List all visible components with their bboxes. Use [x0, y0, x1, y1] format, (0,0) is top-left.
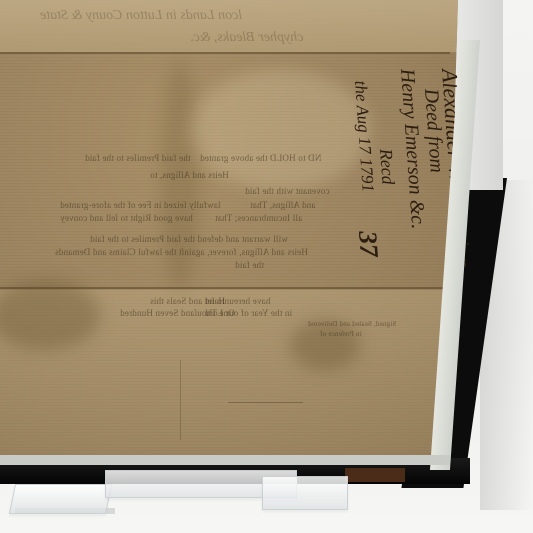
printed-line: all Incumbrances; That [215, 213, 302, 223]
fold-crease [0, 52, 450, 54]
printed-line: have good Right to ſell and convey [60, 213, 193, 223]
printed-line: the faid Premiſes to the faid [85, 153, 191, 163]
printed-line: Signed, Sealed and Delivered [308, 320, 396, 328]
printed-line: covenant with the faid [245, 186, 330, 196]
glass-edge-bottom [0, 455, 450, 465]
printed-line: lawfully ſeized in Fee of the afore-gran… [60, 200, 221, 210]
form-rule-line [228, 402, 303, 403]
printed-line: Heirs and Aſſigns, to [150, 170, 229, 180]
endorsement-number: 37 [352, 230, 384, 258]
endorsement-recorded: Recd [375, 148, 398, 185]
printed-line: ND to HOLD the above granted [200, 153, 321, 163]
printed-line: One Thouſand Seven Hundred [120, 308, 235, 318]
printed-line: Hand and Seals this [150, 296, 225, 306]
printed-line: and Aſſigns, That [250, 200, 315, 210]
endorsement-date: the Aug 17 1791 [350, 80, 378, 193]
printed-line: the faid [235, 260, 264, 270]
frame-backing-wood [345, 468, 405, 482]
photo-scene: lcon Lands in Lutton Couny & State chyph… [0, 0, 533, 533]
printed-line: in Preſence of [320, 330, 362, 338]
printed-line: will warrant and defend the ſaid Premiſe… [90, 234, 288, 244]
acrylic-stand-left [9, 484, 112, 514]
ghost-script-line: chypher Bleaks, &c. [190, 30, 304, 46]
form-rule-line [180, 360, 181, 440]
acrylic-stand-right [262, 476, 348, 510]
ghost-script-line: lcon Lands in Lutton Couny & State [40, 8, 242, 24]
printed-line: Heirs and Aſſigns, forever, againſt the … [55, 247, 308, 257]
